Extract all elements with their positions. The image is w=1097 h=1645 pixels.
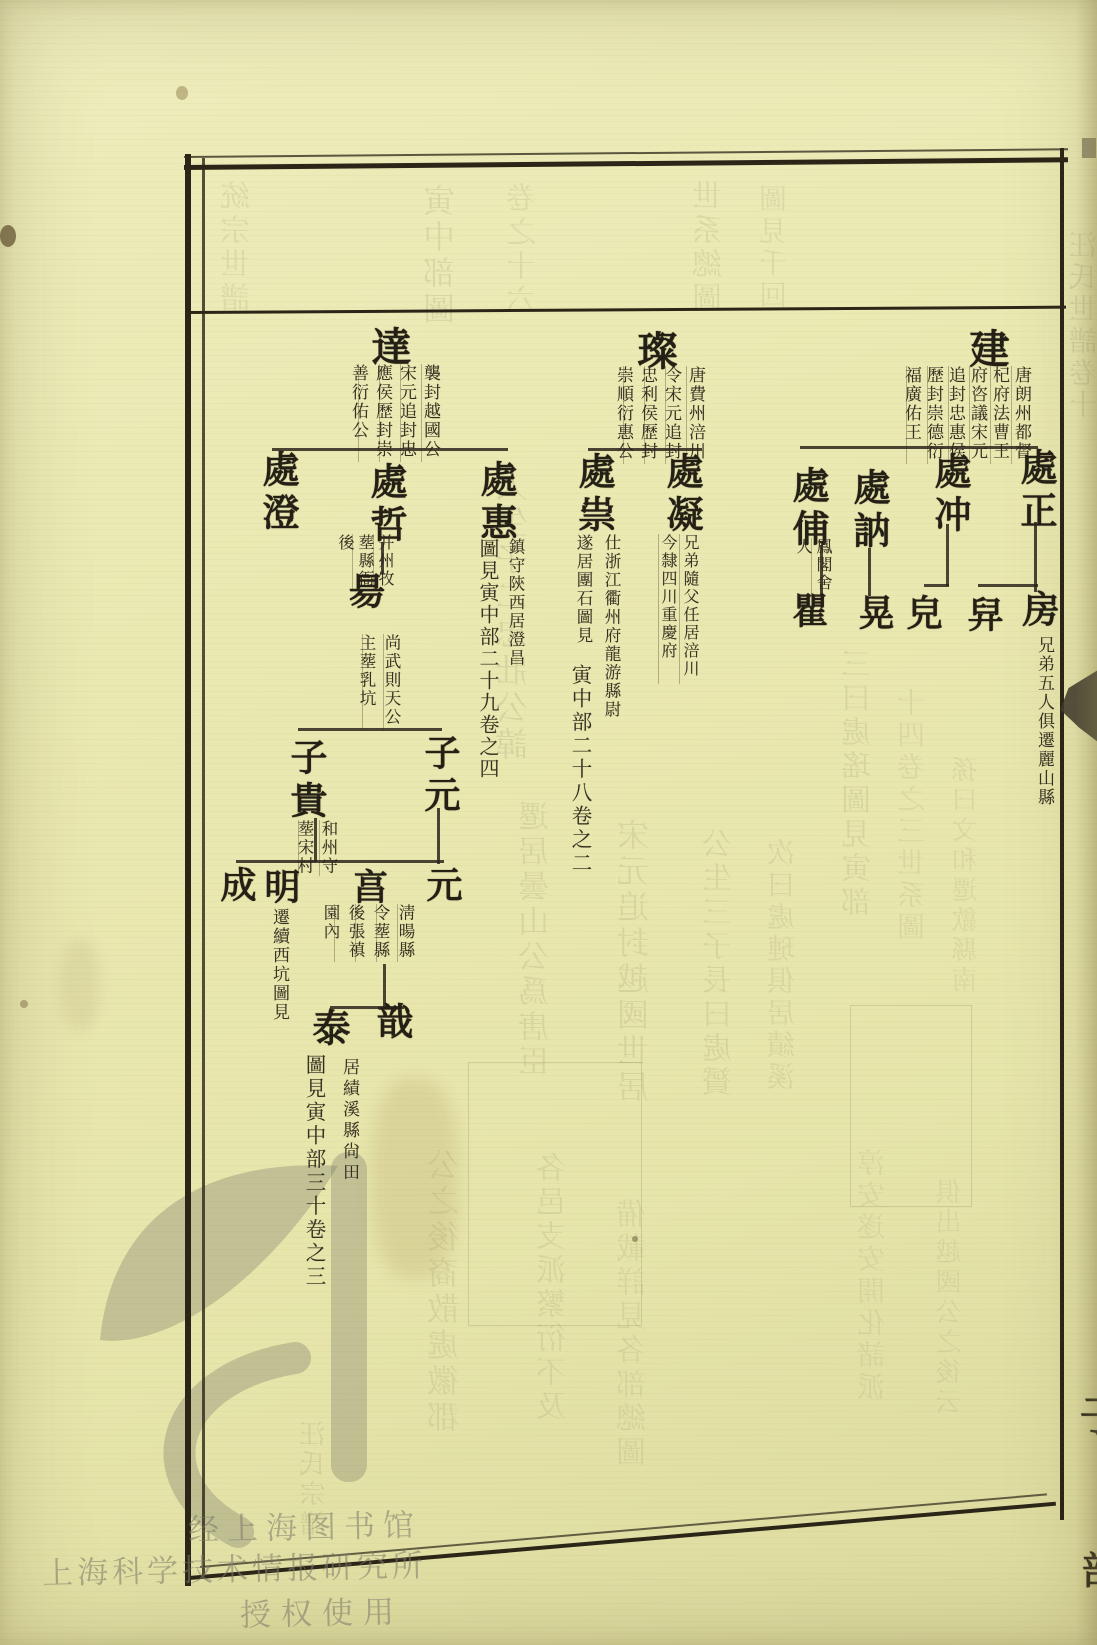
paper-speck [176, 86, 188, 100]
library-watermark-line3: 授权使用 [240, 1586, 405, 1634]
paper-speck [0, 225, 16, 247]
tree-connector [298, 728, 442, 731]
person-annotation: 兄弟五人俱遷麗山縣 [1032, 636, 1056, 821]
person-annotation: 淸暘縣令塟縣後張禛園內 [318, 904, 418, 962]
bleedthrough-text: 十四卷之三世系圖 [898, 688, 929, 944]
person-annotation: 鎮守陝西居澄昌 [504, 538, 526, 688]
bleedthrough-text: 各邑支派繁衍不及 [538, 1152, 572, 1424]
tree-connector [437, 808, 440, 864]
tree-connector [820, 545, 823, 595]
person-name: 昜 [344, 572, 381, 615]
tree-connector [236, 860, 444, 863]
person-annotation: 寅中部二十八卷之二 [566, 664, 592, 882]
person-annotation: 仕浙江衢州府龍游縣尉 [600, 534, 622, 726]
shanghai-library-watermark-logo [0, 0, 1097, 1645]
person-name: 瞿 [790, 592, 826, 634]
paper-stain [372, 1078, 458, 1278]
frame-border-top-outer [184, 148, 1068, 158]
bleedthrough-text: 卷之十六 [508, 182, 542, 318]
person-name: 處惠 [476, 460, 513, 546]
tree-connector [381, 542, 384, 574]
person-name: 房 [1018, 590, 1055, 633]
person-name: 明 [262, 868, 298, 910]
tree-connector [924, 584, 949, 587]
person-name: 處凝 [662, 452, 699, 538]
person-annotation: 圖見寅中部二十九卷之四 [474, 538, 500, 788]
tree-connector [868, 548, 871, 596]
person-annotation: 圖見寅中部三十卷之三 [300, 1054, 326, 1294]
bleedthrough-text: 統宗世譜 [222, 180, 256, 316]
bleedthrough-box [850, 1005, 972, 1207]
person-name: 戠 [372, 1002, 409, 1045]
person-name: 皃 [904, 594, 940, 636]
bleedthrough-text: 次曰處璉俱居績溪 [768, 838, 799, 1094]
person-name: 元 [424, 866, 460, 908]
frame-header-rule [190, 306, 1066, 314]
tree-connector [946, 524, 949, 586]
person-annotation: 尚武則天公主塟乳坑 [354, 634, 404, 730]
page-edge-shadow [1075, 0, 1097, 1645]
bleedthrough-text: 淳安遂安開化諸派 [858, 1148, 889, 1404]
bleedthrough-text: 俱出越國公之後云 [936, 1178, 965, 1418]
bleedthrough-text: 孫曰文和遷歙縣南 [952, 756, 981, 996]
person-name: 處訥 [849, 468, 886, 554]
bleedthrough-text: 宋元追封越國世居 [618, 818, 654, 1106]
bleedthrough-text: 圖見千回 [760, 184, 791, 312]
tree-connector [272, 448, 508, 451]
person-annotation: 遷續西坑圖見 [268, 908, 290, 1040]
person-annotation: 居績溪縣尙田 [338, 1058, 360, 1186]
person-annotation: 兄弟隨父任居涪川今隸四川重慶府 [656, 534, 700, 684]
person-name: 泰 [308, 1008, 346, 1052]
library-watermark-line2: 上海科学技术情报研究所 [42, 1540, 428, 1593]
bleedthrough-box [468, 1062, 642, 1326]
person-name: 舁 [965, 596, 1001, 638]
person-name: 處澄 [258, 450, 295, 536]
frame-border-top [184, 157, 1068, 170]
tree-connector [1034, 522, 1037, 592]
bleedthrough-text: 世系總圖 [694, 180, 728, 316]
paper-speck [20, 1000, 28, 1008]
person-name: 成 [218, 866, 254, 908]
bleedthrough-text: 公生三子長曰處贇 [704, 828, 738, 1100]
person-annotation: 唐朗州都督杞府法曹王府咨議宋元追封忠惠侯歷封崇德衍福廣佑王 [900, 366, 1032, 464]
bleedthrough-text: 遷居曇山公爲唐臣 [520, 800, 555, 1080]
scanned-genealogy-page: 統宗世譜 寅中部圖 卷之十六 世系總圖 圖見千回 人生子二忠壯公諱 遷居曇山公爲… [0, 0, 1097, 1645]
paper-stain [60, 940, 100, 1030]
paper-speck [632, 1236, 638, 1242]
person-name: 子貴 [286, 738, 323, 824]
person-name: 處祟 [574, 452, 611, 538]
frame-border-right [1060, 148, 1064, 1520]
tree-connector [314, 818, 317, 862]
tree-connector [588, 448, 702, 451]
person-name: 子元 [422, 734, 458, 818]
tree-connector [800, 446, 1038, 449]
frame-border-left-inner [202, 158, 205, 1578]
frame-border-left-outer [185, 154, 191, 1586]
bleedthrough-text: 三曰處瑤圖見寅部 [843, 648, 877, 920]
bleedthrough-text: 寅中部圖 [424, 184, 460, 328]
person-annotation: 鳳閣舍人 [792, 538, 832, 594]
tree-connector [978, 584, 1038, 587]
person-name: 晃 [856, 594, 892, 636]
person-annotation: 遂居團石圖見 [572, 534, 594, 664]
